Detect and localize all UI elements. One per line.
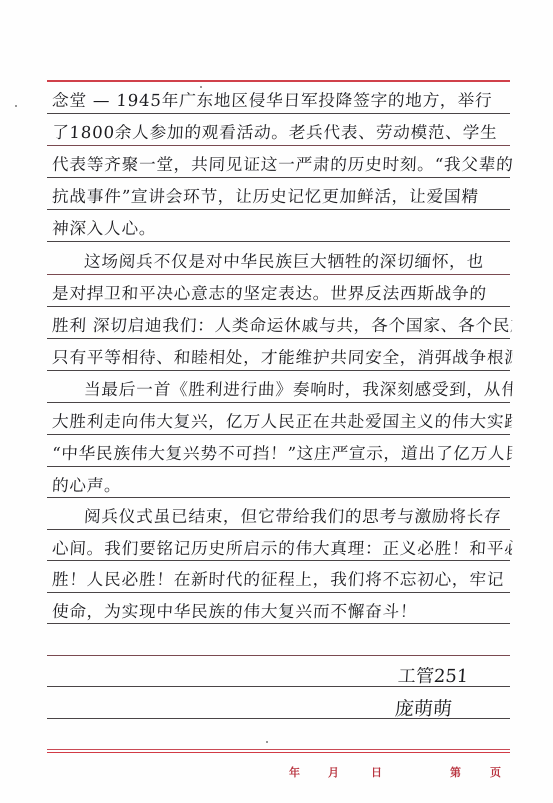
top-red-rule <box>47 80 510 82</box>
handwritten-line: 阅兵仪式虽已结束，但它带给我们的思考与激励将长存 <box>83 506 512 528</box>
handwritten-line: 胜利 深切启迪我们：人类命运休戚与共，各个国家、各个民族 <box>51 315 512 337</box>
handwritten-line: 了1800余人参加的观看活动。老兵代表、劳动模范、学生 <box>51 122 512 144</box>
handwritten-line: 大胜利走向伟大复兴，亿万人民正在共赴爱国主义的伟大实践。 <box>51 411 512 433</box>
handwritten-line: 代表等齐聚一堂，共同见证这一严肃的历史时刻。“我父辈的 <box>51 154 512 176</box>
signature-name: 庞萌萌 <box>394 694 453 721</box>
footer-year-label: 年 <box>289 764 300 780</box>
handwritten-line: 抗战事件”宣讲会环节，让历史记忆更加鲜活，让爱国精 <box>51 186 512 208</box>
scan-speck <box>15 105 17 107</box>
handwritten-line: 心间。我们要铭记历史所启示的伟大真理：正义必胜！和平必 <box>51 538 512 560</box>
bottom-red-rule <box>47 749 510 750</box>
bottom-red-rule <box>47 752 510 753</box>
ruled-line <box>47 145 510 146</box>
ruled-line <box>47 560 510 561</box>
handwritten-line: 念堂 — 1945年广东地区侵华日军投降签字的地方，举行 <box>51 90 512 112</box>
ruled-line <box>47 529 510 530</box>
ruled-line <box>47 497 510 498</box>
ruled-line <box>47 177 510 178</box>
scan-speck <box>200 86 202 88</box>
scan-speck <box>266 741 268 743</box>
ruled-line <box>47 592 510 593</box>
ruled-line <box>47 209 510 210</box>
ruled-line <box>47 370 510 371</box>
letter-paper: 念堂 — 1945年广东地区侵华日军投降签字的地方，举行 了1800余人参加的观… <box>0 0 553 803</box>
handwritten-line: 的心声。 <box>51 475 512 497</box>
footer-day-label: 日 <box>371 764 382 780</box>
handwritten-line: 只有平等相待、和睦相处，才能维护共同安全，消弭战争根源。 <box>51 347 512 369</box>
handwritten-line: 胜！人民必胜！在新时代的征程上，我们将不忘初心，牢记 <box>51 569 512 591</box>
handwritten-line: 当最后一首《胜利进行曲》奏响时，我深刻感受到，从伟 <box>83 379 512 401</box>
ruled-line <box>47 434 510 435</box>
footer-page-suffix: 页 <box>490 764 501 780</box>
ruled-line <box>47 113 510 114</box>
handwritten-line: 使命，为实现中华民族的伟大复兴而不懈奋斗！ <box>51 601 512 623</box>
handwritten-line: 是对捍卫和平决心意志的坚定表达。世界反法西斯战争的 <box>51 283 512 305</box>
footer-page-prefix: 第 <box>450 764 461 780</box>
ruled-line <box>47 655 510 656</box>
ruled-line <box>47 274 510 275</box>
handwritten-line: “中华民族伟大复兴势不可挡！”这庄严宣示，道出了亿万人民 <box>51 443 512 465</box>
ruled-line <box>47 402 510 403</box>
footer-month-label: 月 <box>328 764 339 780</box>
signature-class-id: 工管251 <box>397 662 469 688</box>
ruled-line <box>47 623 510 624</box>
handwritten-line: 这场阅兵不仅是对中华民族巨大牺牲的深切缅怀，也 <box>83 251 512 273</box>
ruled-line <box>47 338 510 339</box>
ruled-line <box>47 241 510 242</box>
ruled-line <box>47 306 510 307</box>
handwritten-line: 神深入人心。 <box>51 218 512 240</box>
ruled-line <box>47 466 510 467</box>
